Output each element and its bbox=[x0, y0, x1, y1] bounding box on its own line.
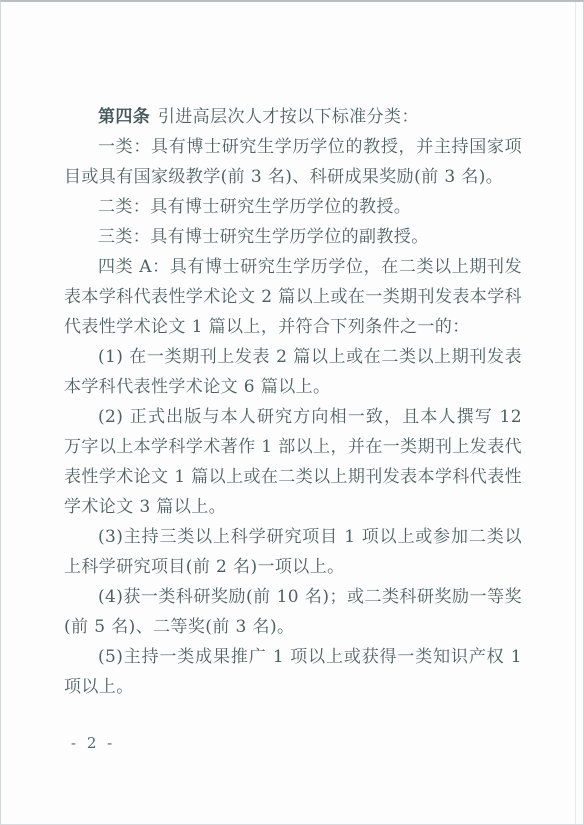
paragraph-text: (2) 正式出版与本人研究方向相一致，且本人撰写 12 万字以上本学科学术著作 … bbox=[64, 407, 522, 517]
paragraph: (2) 正式出版与本人研究方向相一致，且本人撰写 12 万字以上本学科学术著作 … bbox=[64, 402, 522, 522]
paragraph: 第四条引进高层次人才按以下标准分类： bbox=[64, 102, 522, 132]
paragraph-text: (5)主持一类成果推广 1 项以上或获得一类知识产权 1 项以上。 bbox=[64, 647, 522, 697]
paragraph-text: 三类：具有博士研究生学历学位的副教授。 bbox=[98, 227, 429, 247]
paragraph-text: 四类 A：具有博士研究生学历学位，在二类以上期刊发表本学科代表性学术论文 2 篇… bbox=[64, 257, 522, 337]
paragraph: 一类：具有博士研究生学历学位的教授，并主持国家项目或具有国家级教学(前 3 名)… bbox=[64, 132, 522, 192]
paragraph: (1) 在一类期刊上发表 2 篇以上或在二类以上期刊发表本学科代表性学术论文 6… bbox=[64, 342, 522, 402]
page-number: - 2 - bbox=[71, 734, 115, 752]
article-number: 第四条 bbox=[98, 107, 150, 127]
document-page: 第四条引进高层次人才按以下标准分类： 一类：具有博士研究生学历学位的教授，并主持… bbox=[0, 0, 584, 825]
paragraph: (3)主持三类以上科学研究项目 1 项以上或参加二类以上科学研究项目(前 2 名… bbox=[64, 522, 522, 582]
paragraph: (4)获一类科研奖励(前 10 名)；或二类科研奖励一等奖(前 5 名)、二等奖… bbox=[64, 582, 522, 642]
paragraph-text: (4)获一类科研奖励(前 10 名)；或二类科研奖励一等奖(前 5 名)、二等奖… bbox=[64, 587, 522, 637]
paragraph-text: (1) 在一类期刊上发表 2 篇以上或在二类以上期刊发表本学科代表性学术论文 6… bbox=[64, 347, 522, 397]
paragraph: 二类：具有博士研究生学历学位的教授。 bbox=[64, 192, 522, 222]
paragraph: 四类 A：具有博士研究生学历学位，在二类以上期刊发表本学科代表性学术论文 2 篇… bbox=[64, 252, 522, 342]
paragraph-text: 二类：具有博士研究生学历学位的教授。 bbox=[98, 197, 411, 217]
paragraph: (5)主持一类成果推广 1 项以上或获得一类知识产权 1 项以上。 bbox=[64, 642, 522, 702]
paragraph-text: 引进高层次人才按以下标准分类： bbox=[158, 107, 419, 127]
paragraph-text: 一类：具有博士研究生学历学位的教授，并主持国家项目或具有国家级教学(前 3 名)… bbox=[64, 137, 522, 187]
paragraph: 三类：具有博士研究生学历学位的副教授。 bbox=[64, 222, 522, 252]
paragraph-text: (3)主持三类以上科学研究项目 1 项以上或参加二类以上科学研究项目(前 2 名… bbox=[64, 527, 522, 577]
scan-edge-artifact bbox=[575, 2, 576, 824]
document-body: 第四条引进高层次人才按以下标准分类： 一类：具有博士研究生学历学位的教授，并主持… bbox=[64, 102, 522, 702]
